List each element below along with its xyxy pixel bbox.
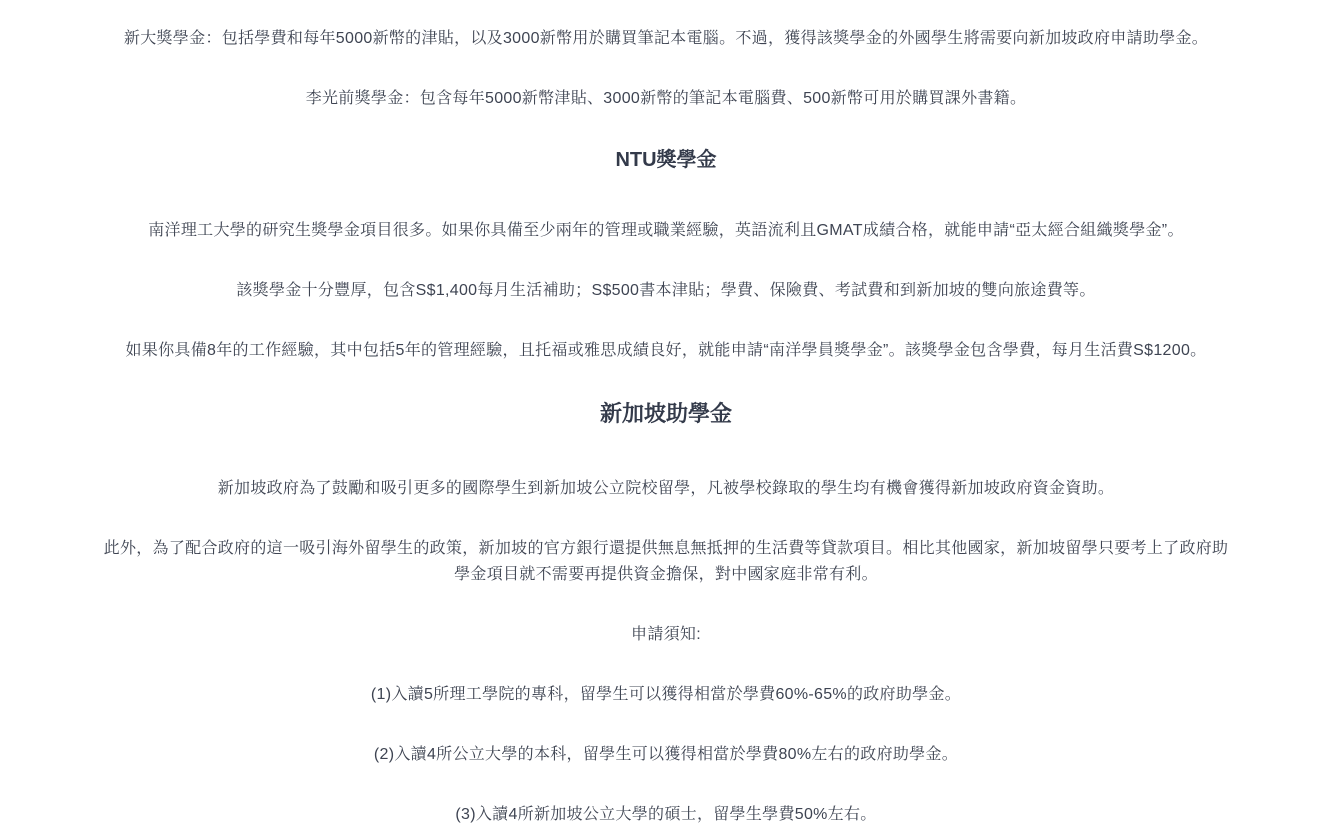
para-government-funding: 新加坡政府為了鼓勵和吸引更多的國際學生到新加坡公立院校留學，凡被學校錄取的學生均… — [101, 476, 1231, 502]
para-lee-kong-chian-scholarship: 李光前獎學金：包含每年5000新幣津貼、3000新幣的筆記本電腦費、500新幣可… — [101, 86, 1231, 112]
para-apec-scholarship-benefits: 該獎學金十分豐厚，包含S$1,400每月生活補助；S$500書本津貼；學費、保險… — [101, 278, 1231, 304]
para-ntu-graduate-scholarships: 南洋理工大學的研究生獎學金項目很多。如果你具備至少兩年的管理或職業經驗，英語流利… — [101, 218, 1231, 244]
para-bank-loan-policy: 此外，為了配合政府的這一吸引海外留學生的政策，新加坡的官方銀行還提供無息無抵押的… — [101, 536, 1231, 588]
para-sid-scholarship: 新大獎學金：包括學費和每年5000新幣的津貼，以及3000新幣用於購買筆記本電腦… — [101, 26, 1231, 52]
para-notice-item-1: (1)入讀5所理工學院的專科，留學生可以獲得相當於學費60%-65%的政府助學金… — [101, 682, 1231, 708]
heading-ntu-scholarship: NTU獎學金 — [101, 146, 1231, 174]
para-notice-item-3: (3)入讀4所新加坡公立大學的碩士，留學生學費50%左右。 — [101, 802, 1231, 828]
para-nanyang-fellows-scholarship: 如果你具備8年的工作經驗，其中包括5年的管理經驗，且托福或雅思成績良好，就能申請… — [101, 338, 1231, 364]
para-notice-item-2: (2)入讀4所公立大學的本科，留學生可以獲得相當於學費80%左右的政府助學金。 — [101, 742, 1231, 768]
heading-singapore-grant: 新加坡助學金 — [101, 398, 1231, 430]
para-application-notice-label: 申請須知: — [101, 622, 1231, 648]
scholarship-article: 新大獎學金：包括學費和每年5000新幣的津貼，以及3000新幣用於購買筆記本電腦… — [101, 0, 1231, 828]
document-page: 新大獎學金：包括學費和每年5000新幣的津貼，以及3000新幣用於購買筆記本電腦… — [0, 0, 1332, 835]
